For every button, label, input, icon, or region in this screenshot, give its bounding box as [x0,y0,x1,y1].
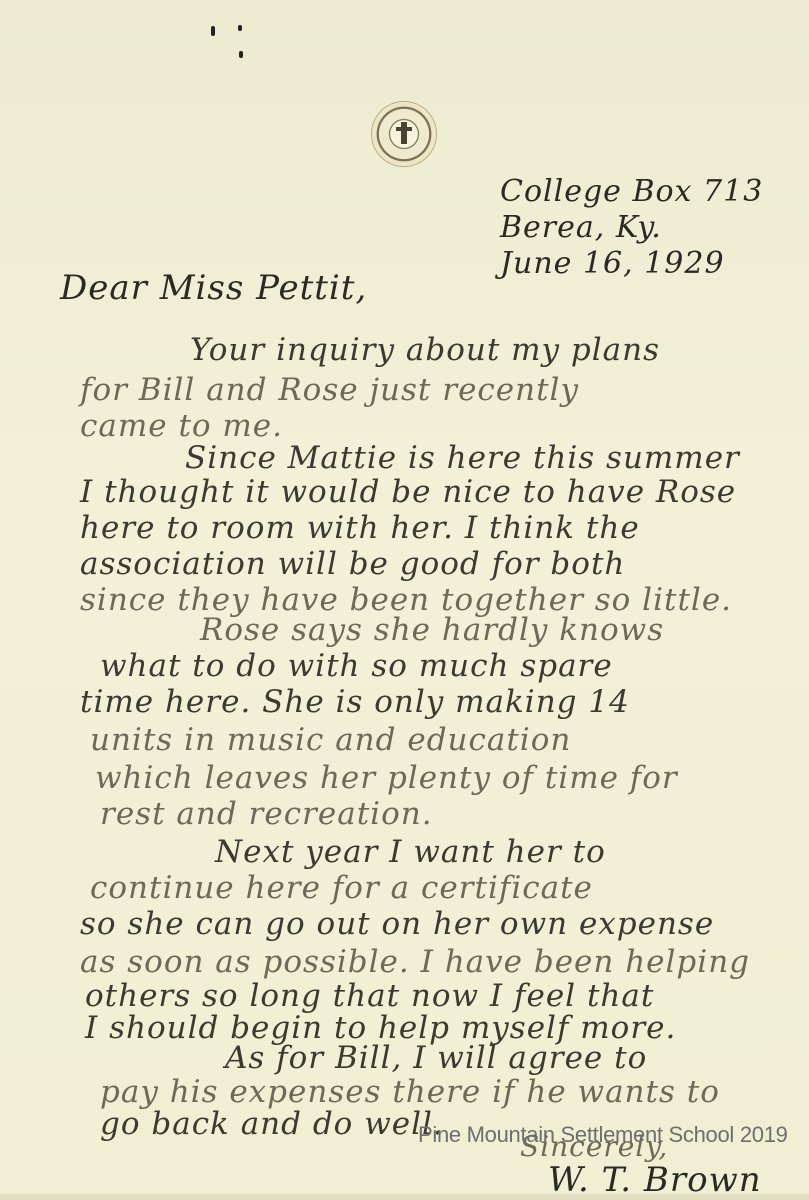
body-line: association will be good for both [80,546,625,582]
watermark: Pine Mountain Settlement School 2019 [418,1122,788,1148]
body-line: which leaves her plenty of time for [95,760,678,796]
body-line: came to me. [80,408,283,444]
body-line: others so long that now I feel that [85,978,654,1014]
body-line: As for Bill, I will agree to [225,1040,647,1076]
body-line: continue here for a certificate [90,870,593,906]
body-line: Next year I want her to [215,834,606,870]
address-line-2: Berea, Ky. [500,212,763,244]
body-line: what to do with so much spare [100,648,613,684]
address-line-1: College Box 713 [500,176,763,208]
letter-page: College Box 713 Berea, Ky. June 16, 1929… [0,0,809,1200]
punch-hole-mark [238,25,242,31]
letter-date: June 16, 1929 [500,248,763,280]
return-address: College Box 713 Berea, Ky. June 16, 1929 [500,176,763,280]
body-line: here to room with her. I think the [80,510,640,546]
body-line: so she can go out on her own expense [80,906,714,942]
body-line: Since Mattie is here this summer [185,440,740,476]
body-line: I thought it would be nice to have Rose [80,474,736,510]
body-line: Your inquiry about my plans [190,332,660,368]
punch-hole-mark [239,51,243,58]
body-line: pay his expenses there if he wants to [100,1074,720,1110]
body-line: for Bill and Rose just recently [80,372,579,408]
body-line: Rose says she hardly knows [200,612,664,648]
body-line: rest and recreation. [100,796,433,832]
body-line: time here. She is only making 14 [80,684,630,720]
page-edge [0,1194,809,1200]
body-line: units in music and education [90,722,571,758]
punch-hole-mark [211,26,215,36]
salutation: Dear Miss Pettit, [60,268,367,308]
body-line: as soon as possible. I have been helping [80,944,750,980]
college-seal-icon [372,102,436,166]
body-line: go back and do well. [100,1106,444,1142]
cross-icon [401,122,407,144]
